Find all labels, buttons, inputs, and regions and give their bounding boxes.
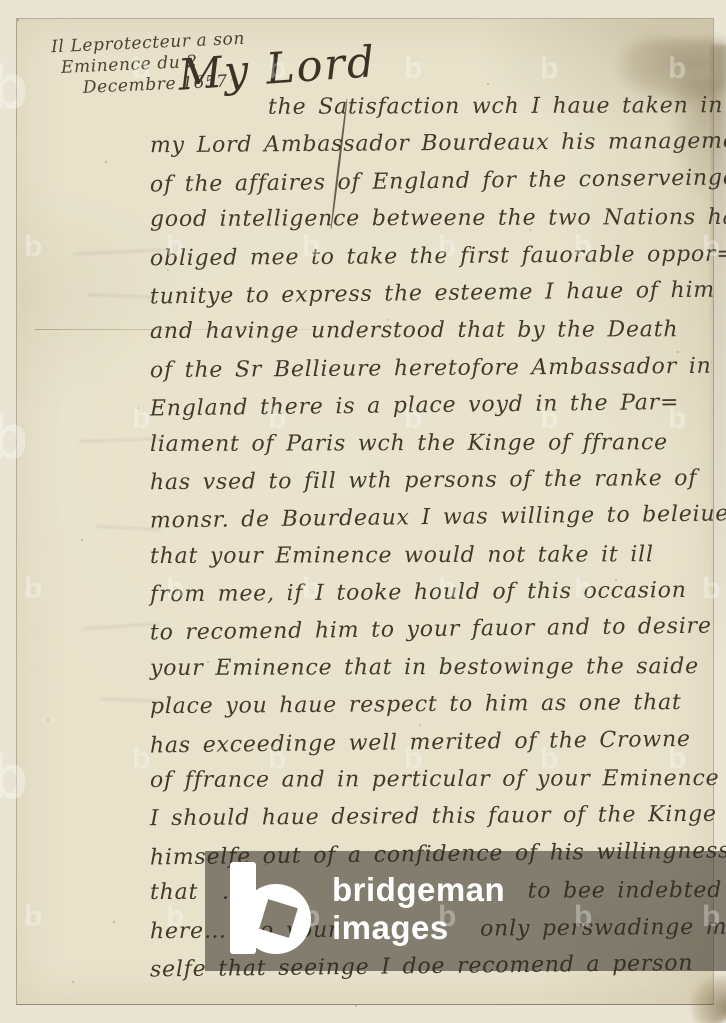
- letter-line: liament of Paris wch the Kinge of ffranc…: [150, 428, 716, 467]
- bridgeman-logo-text: bridgeman images: [332, 871, 505, 947]
- bleedthrough-mark: [87, 294, 157, 298]
- bridgeman-logo-line2: images: [332, 909, 505, 947]
- letter-line: has vsed to fill wth persons of the rank…: [150, 464, 716, 506]
- letter-line: and havinge understood that by the Death: [150, 315, 716, 354]
- letter-line: of the Sr Bellieure heretofore Ambassado…: [150, 352, 716, 394]
- bridgeman-logo-line1: bridgeman: [332, 871, 505, 909]
- letter-line: your Eminence that in bestowinge the sai…: [150, 652, 716, 691]
- foxing-speckles: [17, 19, 19, 21]
- letter-line: that your Eminence would not take it ill: [150, 540, 716, 579]
- letter-line: the Satisfaction wch I haue taken in: [268, 91, 716, 130]
- letter-line: has exceedinge well merited of the Crown…: [150, 724, 716, 768]
- bridgeman-logo-b-icon: [221, 862, 321, 954]
- letter-line: tunitye to express the esteeme I haue of…: [150, 275, 716, 319]
- letter-line: good intelligence betweene the two Natio…: [150, 203, 716, 242]
- letter-line: England there is a place voyd in the Par…: [150, 388, 716, 432]
- letter-line: to recomend him to your fauor and to des…: [150, 612, 716, 656]
- letter-line: obliged mee to take the first fauorable …: [150, 239, 716, 281]
- letter-line: my Lord Ambassador Bourdeaux his managem…: [150, 127, 716, 169]
- letter-line: of ffrance and in perticular of your Emi…: [150, 764, 716, 803]
- watermark-band: bridgeman images: [205, 851, 726, 971]
- letter-line: I should haue desired this fauor of the …: [150, 800, 716, 842]
- letter-line: from mee, if I tooke hould of this occas…: [150, 576, 716, 618]
- letter-line: of the affaires of England for the conse…: [150, 163, 716, 207]
- letter-line: place you haue respect to him as one tha…: [150, 688, 716, 730]
- letter-line: monsr. de Bourdeaux I was willinge to be…: [150, 500, 716, 544]
